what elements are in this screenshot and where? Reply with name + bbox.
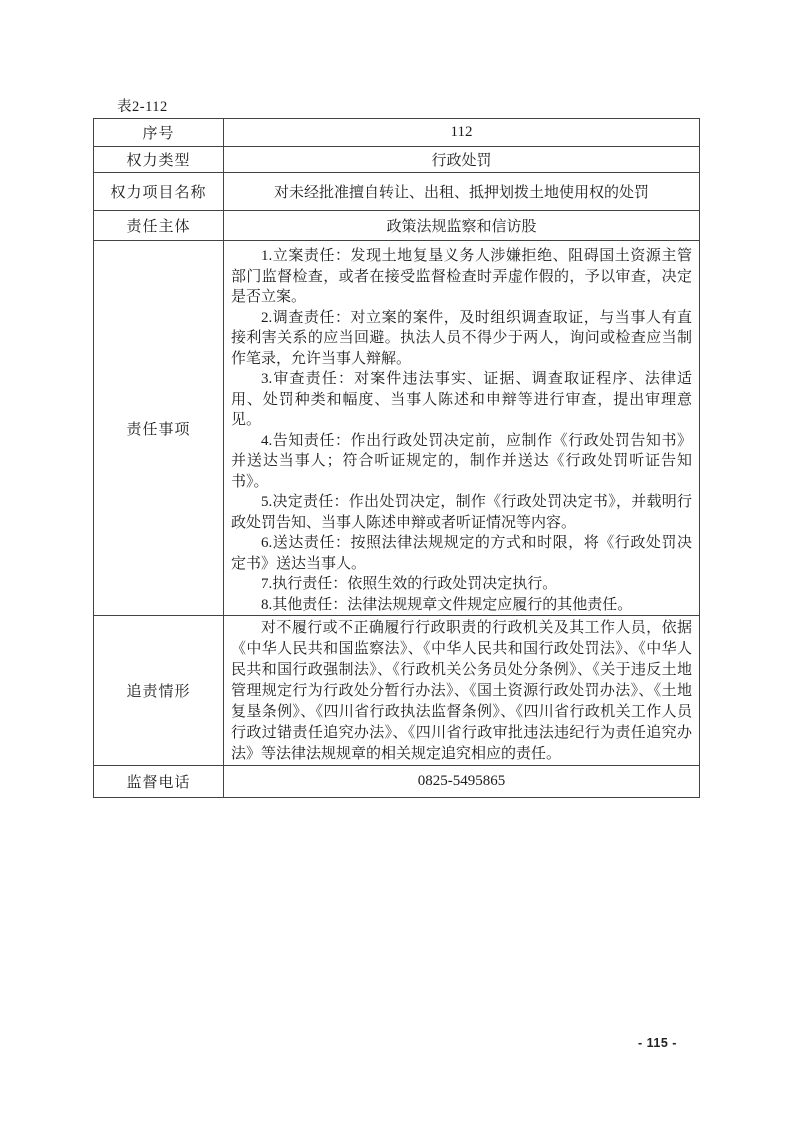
duty-item-8: 8.其他责任：法律法规规章文件规定应履行的其他责任。 [231,595,692,616]
power-item-name-label: 权力项目名称 [94,173,224,211]
supervision-phone-value: 0825-5495865 [224,766,700,798]
table-row-power-type: 权力类型 行政处罚 [94,147,700,173]
power-item-name-value: 对未经批准擅自转让、出租、抵押划拨土地使用权的处罚 [224,173,700,211]
table-row-power-item-name: 权力项目名称 对未经批准擅自转让、出租、抵押划拨土地使用权的处罚 [94,173,700,211]
power-type-value: 行政处罚 [224,147,700,173]
accountability-text: 对不履行或不正确履行行政职责的行政机关及其工作人员，依据《中华人民共和国监察法》… [231,618,692,765]
table-row-responsible-subject: 责任主体 政策法规监察和信访股 [94,211,700,241]
duty-item-3: 3.审查责任：对案件违法事实、证据、调查取证程序、法律适用、处罚种类和幅度、当事… [231,369,692,431]
duty-item-6: 6.送达责任：按照法律法规规定的方式和时限，将《行政处罚决定书》送达当事人。 [231,533,692,574]
serial-value: 112 [224,119,700,147]
duty-item-2: 2.调查责任：对立案的案件，及时组织调查取证，与当事人有直接利害关系的应当回避。… [231,308,692,370]
page-number: - 115 - [638,1036,677,1050]
power-type-label: 权力类型 [94,147,224,173]
accountability-content: 对不履行或不正确履行行政职责的行政机关及其工作人员，依据《中华人民共和国监察法》… [224,616,700,766]
serial-label: 序号 [94,119,224,147]
table-caption: 表2-112 [117,95,168,116]
table-row-accountability: 追责情形 对不履行或不正确履行行政职责的行政机关及其工作人员，依据《中华人民共和… [94,616,700,766]
duty-item-4: 4.告知责任：作出行政处罚决定前，应制作《行政处罚告知书》并送达当事人；符合听证… [231,431,692,493]
duty-item-5: 5.决定责任：作出处罚决定，制作《行政处罚决定书》，并载明行政处罚告知、当事人陈… [231,492,692,533]
responsible-subject-value: 政策法规监察和信访股 [224,211,700,241]
duty-item-1: 1.立案责任：发现土地复垦义务人涉嫌拒绝、阻碍国土资源主管部门监督检查，或者在接… [231,246,692,308]
power-responsibility-table: 序号 112 权力类型 行政处罚 权力项目名称 对未经批准擅自转让、出租、抵押划… [93,118,700,798]
duty-items-label: 责任事项 [94,241,224,616]
document-page: 表2-112 序号 112 权力类型 行政处罚 权力项目名称 对未经批准擅自转让… [0,0,793,1122]
accountability-label: 追责情形 [94,616,224,766]
duty-item-7: 7.执行责任：依照生效的行政处罚决定执行。 [231,574,692,595]
responsible-subject-label: 责任主体 [94,211,224,241]
duty-items-content: 1.立案责任：发现土地复垦义务人涉嫌拒绝、阻碍国土资源主管部门监督检查，或者在接… [224,241,700,616]
table-row-duty-items: 责任事项 1.立案责任：发现土地复垦义务人涉嫌拒绝、阻碍国土资源主管部门监督检查… [94,241,700,616]
table-row-serial: 序号 112 [94,119,700,147]
table-row-supervision-phone: 监督电话 0825-5495865 [94,766,700,798]
supervision-phone-label: 监督电话 [94,766,224,798]
